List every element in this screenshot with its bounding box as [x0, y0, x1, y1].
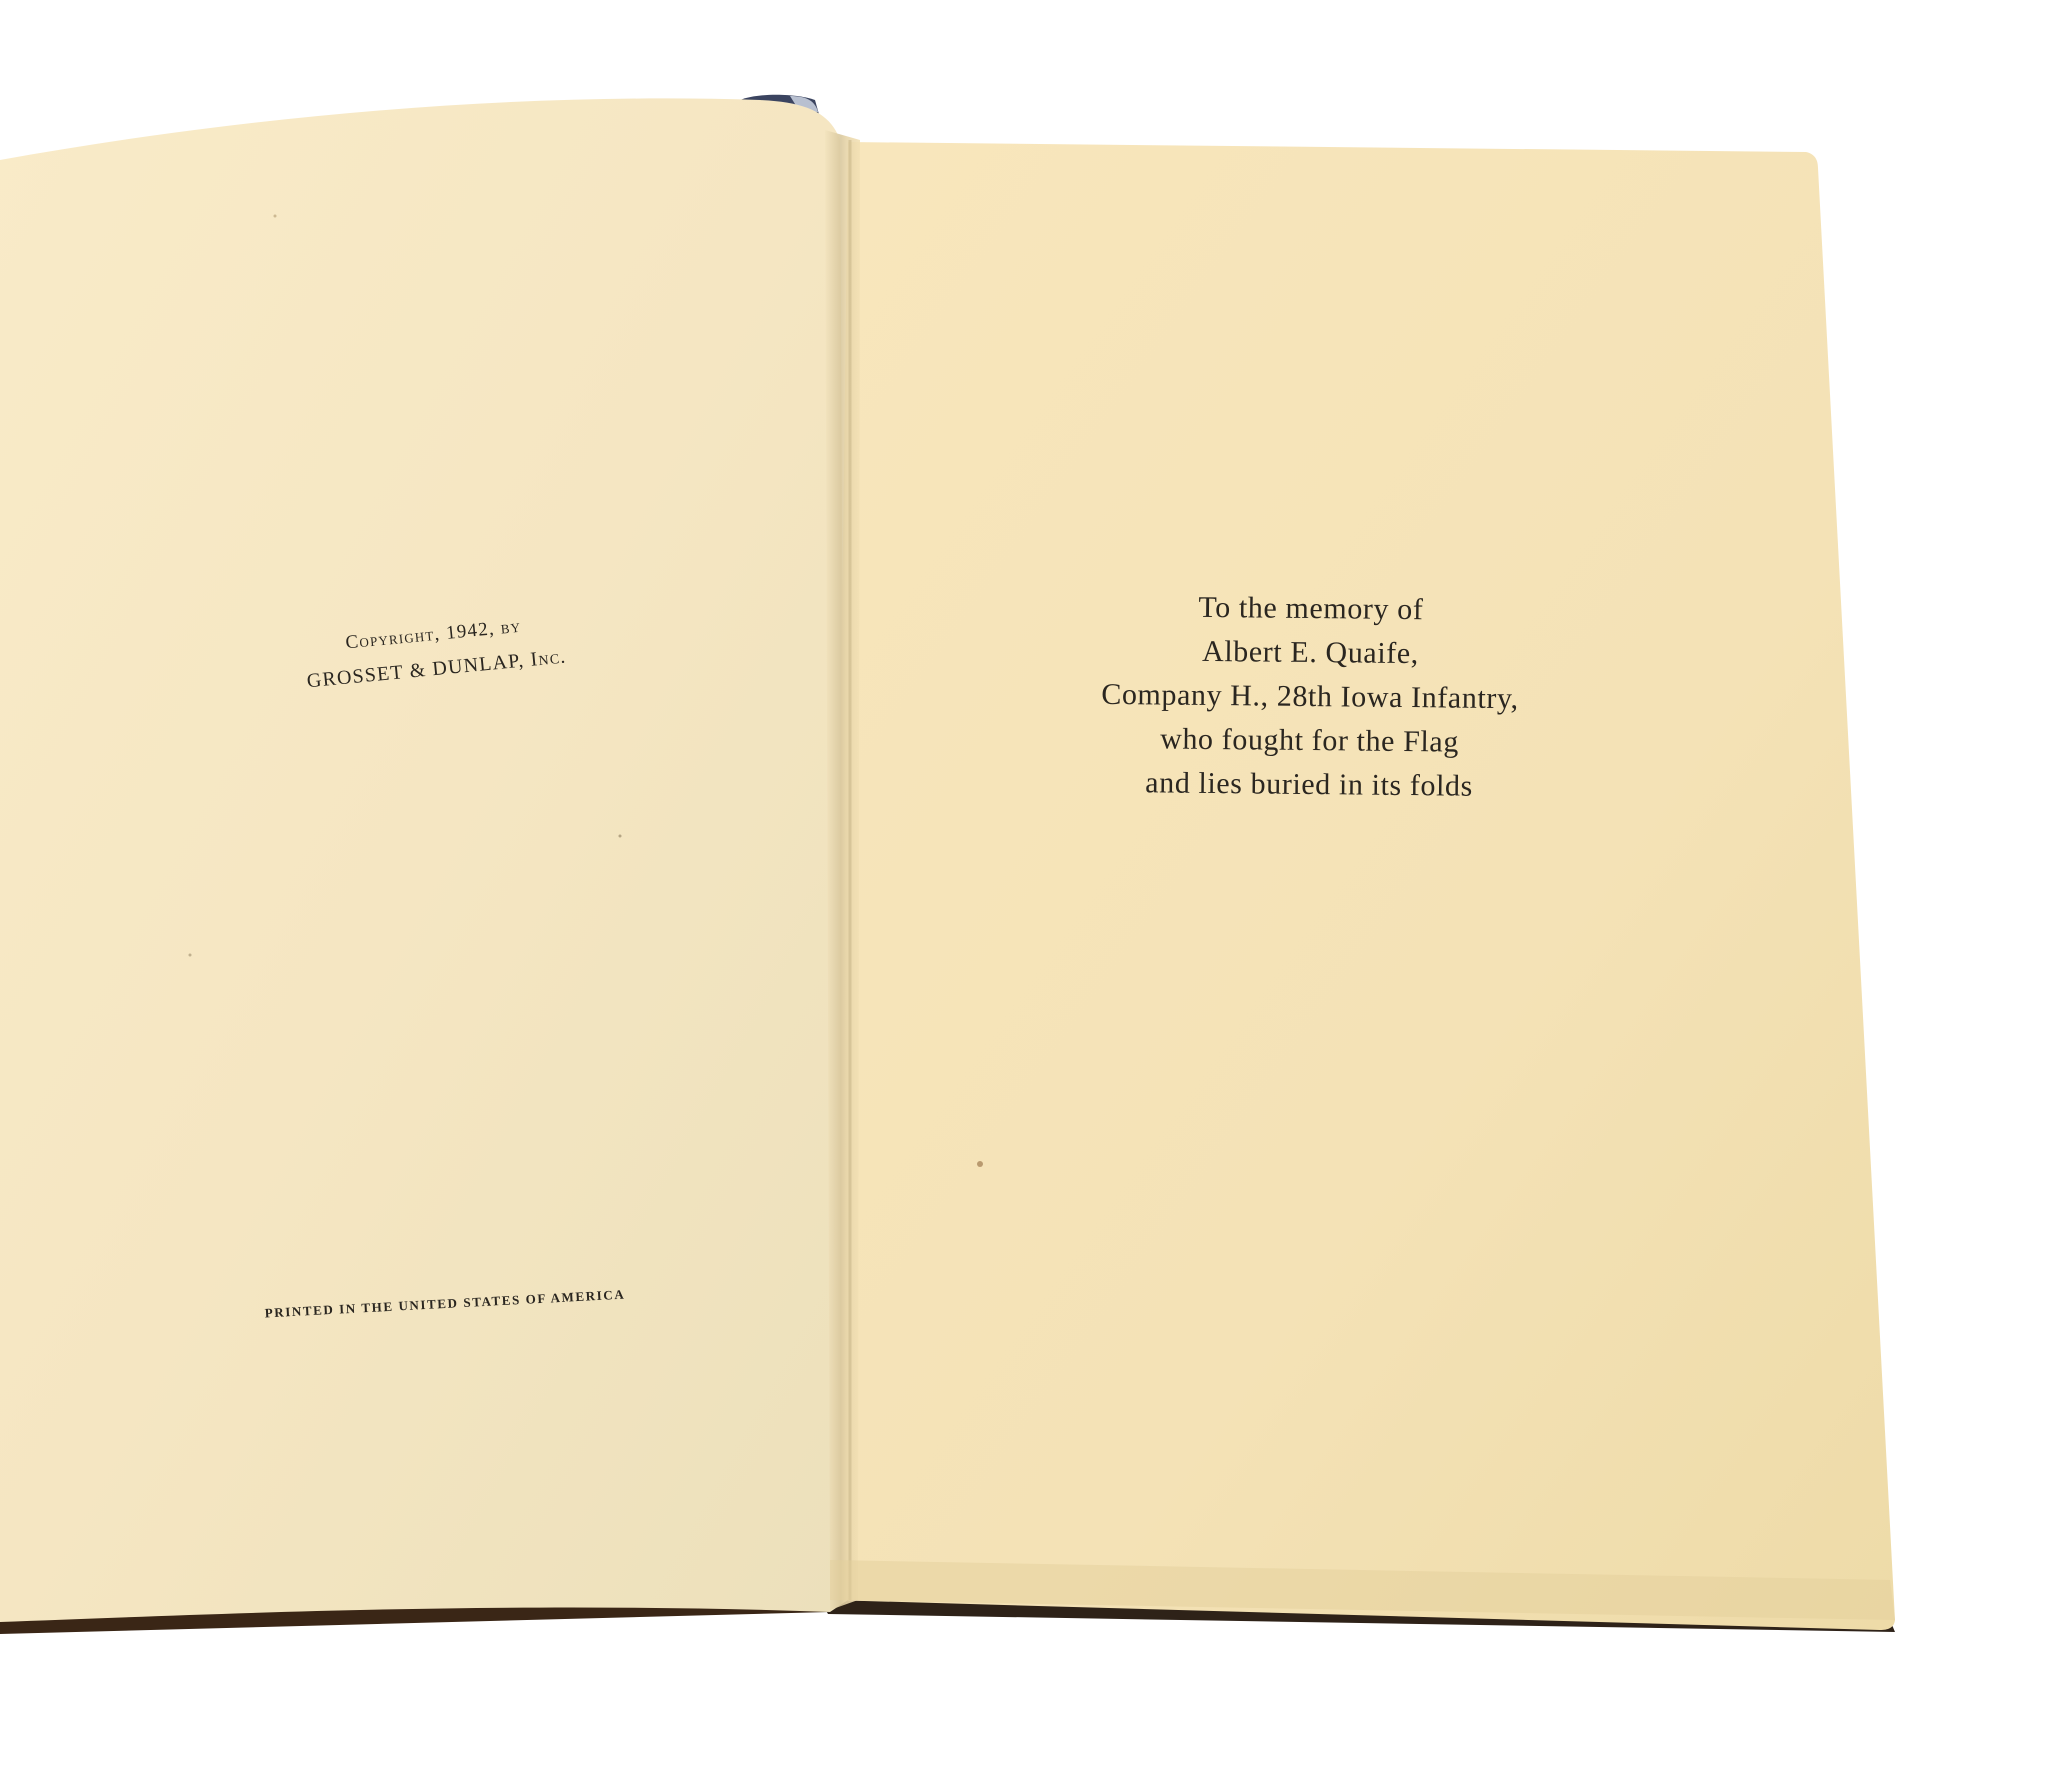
left-page — [0, 98, 848, 1622]
dedication-line: who fought for the Flag — [1049, 716, 1569, 765]
dedication: To the memory of Albert E. Quaife, Compa… — [1049, 584, 1571, 809]
right-page — [830, 142, 1895, 1630]
gutter — [825, 130, 860, 1610]
dedication-line: Company H., 28th Iowa Infantry, — [1050, 672, 1570, 721]
dedication-line: and lies buried in its folds — [1049, 760, 1569, 809]
publisher-suffix: Inc. — [529, 645, 567, 670]
open-book — [0, 0, 2048, 1765]
book-photo: Copyright, 1942, by GROSSET & DUNLAP, In… — [0, 0, 2048, 1765]
dedication-line: To the memory of — [1051, 584, 1571, 633]
dedication-line: Albert E. Quaife, — [1050, 628, 1570, 677]
